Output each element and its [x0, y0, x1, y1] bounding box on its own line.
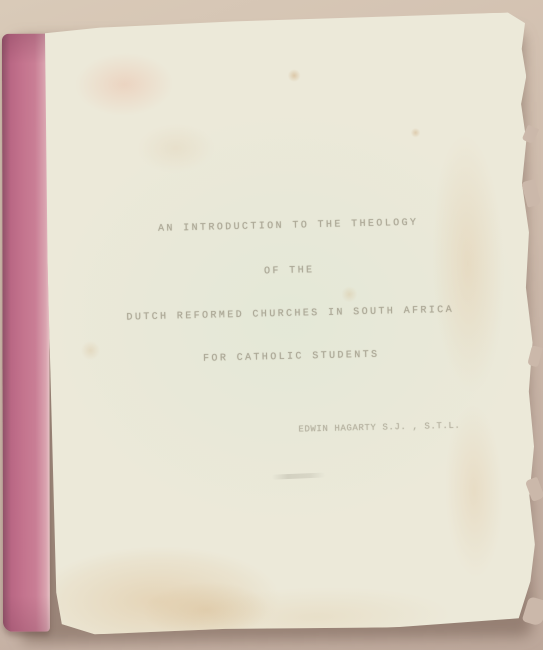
title-line-2: OF THE	[48, 260, 531, 282]
photo-background: AN INTRODUCTION TO THE THEOLOGY OF THE D…	[0, 0, 543, 650]
faint-pencil-mark	[272, 472, 326, 479]
author-line: EDWIN HAGARTY S.J. , S.T.L.	[298, 421, 460, 435]
title-line-4: FOR CATHOLIC STUDENTS	[50, 346, 533, 368]
book-front-cover: AN INTRODUCTION TO THE THEOLOGY OF THE D…	[42, 12, 539, 635]
book: AN INTRODUCTION TO THE THEOLOGY OF THE D…	[1, 8, 540, 637]
book-spine	[2, 34, 50, 632]
title-line-3: DUTCH REFORMED CHURCHES IN SOUTH AFRICA	[49, 303, 532, 325]
worn-corner-chip	[522, 596, 543, 627]
title-line-1: AN INTRODUCTION TO THE THEOLOGY	[47, 215, 530, 237]
